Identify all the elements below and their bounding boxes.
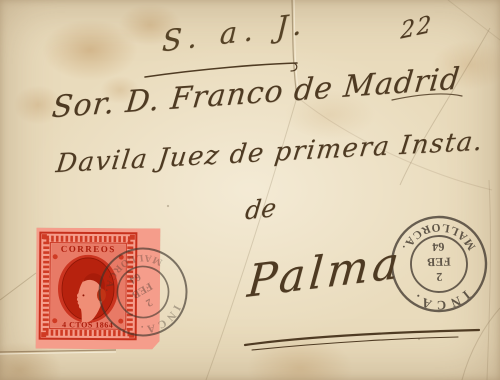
madrid-crossbar-flourish [392,94,462,100]
ink-flourishes [0,0,500,380]
envelope: CORREOS 4 CTOS 1864 INCA. MALLORCA. 2 [0,0,500,380]
docket-underline-hook [291,63,297,71]
docket-underline-flourish [145,63,297,77]
palma-underline-flourish-2 [252,337,458,350]
